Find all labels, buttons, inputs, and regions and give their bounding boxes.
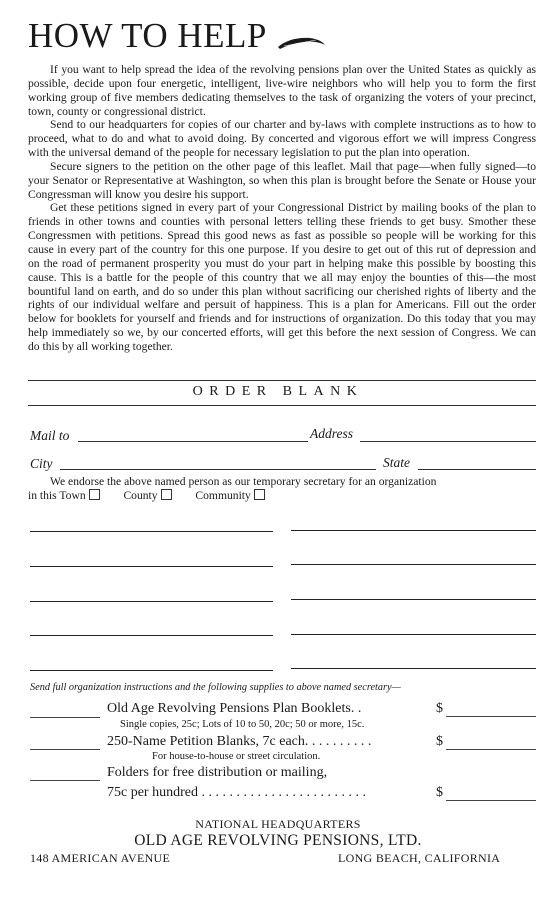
town-checkbox[interactable] bbox=[89, 489, 100, 500]
county-checkbox[interactable] bbox=[161, 489, 172, 500]
paragraph: Send to our headquarters for copies of o… bbox=[28, 118, 536, 160]
booklets-quantity-field[interactable] bbox=[30, 717, 100, 718]
mail-to-label: Mail to bbox=[30, 428, 69, 444]
booklets-amount-field[interactable] bbox=[446, 716, 536, 717]
community-checkbox[interactable] bbox=[254, 489, 265, 500]
member-name-field[interactable] bbox=[291, 668, 536, 669]
member-name-field[interactable] bbox=[30, 601, 273, 602]
petition-blanks-detail: For house-to-house or street circulation… bbox=[152, 751, 320, 762]
member-name-field[interactable] bbox=[291, 564, 536, 565]
member-name-field[interactable] bbox=[30, 670, 273, 671]
petition-blanks-quantity-field[interactable] bbox=[30, 749, 100, 750]
supplies-note: Send full organization instructions and … bbox=[30, 682, 401, 693]
city-field[interactable] bbox=[60, 469, 376, 470]
divider bbox=[28, 405, 536, 406]
organization-type-row: in this Town County Community bbox=[28, 489, 536, 503]
paragraph: Secure signers to the petition on the ot… bbox=[28, 160, 536, 202]
endorse-prefix: in this bbox=[28, 489, 57, 502]
town-label: Town bbox=[59, 489, 85, 502]
endorsement-text: We endorse the above named person as our… bbox=[28, 475, 536, 502]
member-name-field[interactable] bbox=[291, 634, 536, 635]
booklets-currency: $ bbox=[436, 701, 443, 717]
address-field[interactable] bbox=[360, 441, 536, 442]
county-label: County bbox=[123, 489, 157, 502]
petition-blanks-currency: $ bbox=[436, 734, 443, 750]
member-name-field[interactable] bbox=[291, 530, 536, 531]
order-blank-title: ORDER BLANK bbox=[0, 384, 556, 400]
quill-flourish-icon bbox=[276, 34, 326, 50]
city-address: LONG BEACH, CALIFORNIA bbox=[338, 851, 500, 866]
folders-quantity-field[interactable] bbox=[30, 780, 100, 781]
member-name-field[interactable] bbox=[291, 599, 536, 600]
state-field[interactable] bbox=[418, 469, 536, 470]
folders-amount-field[interactable] bbox=[446, 800, 536, 801]
address-label: Address bbox=[310, 426, 353, 442]
member-name-field[interactable] bbox=[30, 566, 273, 567]
folders-currency: $ bbox=[436, 785, 443, 801]
community-label: Community bbox=[195, 489, 250, 502]
page-title: HOW TO HELP bbox=[28, 16, 267, 56]
state-label: State bbox=[383, 455, 410, 471]
mail-to-field[interactable] bbox=[78, 441, 308, 442]
street-address: 148 AMERICAN AVENUE bbox=[30, 851, 170, 866]
member-name-field[interactable] bbox=[30, 531, 273, 532]
folders-item-label: Folders for free distribution or mailing… bbox=[107, 765, 327, 781]
booklets-item-label: Old Age Revolving Pensions Plan Booklets… bbox=[107, 701, 361, 717]
member-name-field[interactable] bbox=[30, 635, 273, 636]
folders-item-pricing: 75c per hundred . . . . . . . . . . . . … bbox=[107, 785, 366, 801]
endorsement-sentence: We endorse the above named person as our… bbox=[28, 475, 536, 489]
petition-blanks-item-label: 250-Name Petition Blanks, 7c each. . . .… bbox=[107, 734, 371, 750]
paragraph: If you want to help spread the idea of t… bbox=[28, 63, 536, 118]
organization-name: OLD AGE REVOLVING PENSIONS, LTD. bbox=[0, 832, 556, 850]
petition-blanks-amount-field[interactable] bbox=[446, 749, 536, 750]
paragraph: Get these petitions signed in every part… bbox=[28, 201, 536, 353]
hq-label: NATIONAL HEADQUARTERS bbox=[0, 817, 556, 832]
city-label: City bbox=[30, 456, 53, 472]
booklets-pricing: Single copies, 25c; Lots of 10 to 50, 20… bbox=[120, 719, 364, 730]
divider bbox=[28, 380, 536, 381]
instructions-text: If you want to help spread the idea of t… bbox=[28, 63, 536, 354]
